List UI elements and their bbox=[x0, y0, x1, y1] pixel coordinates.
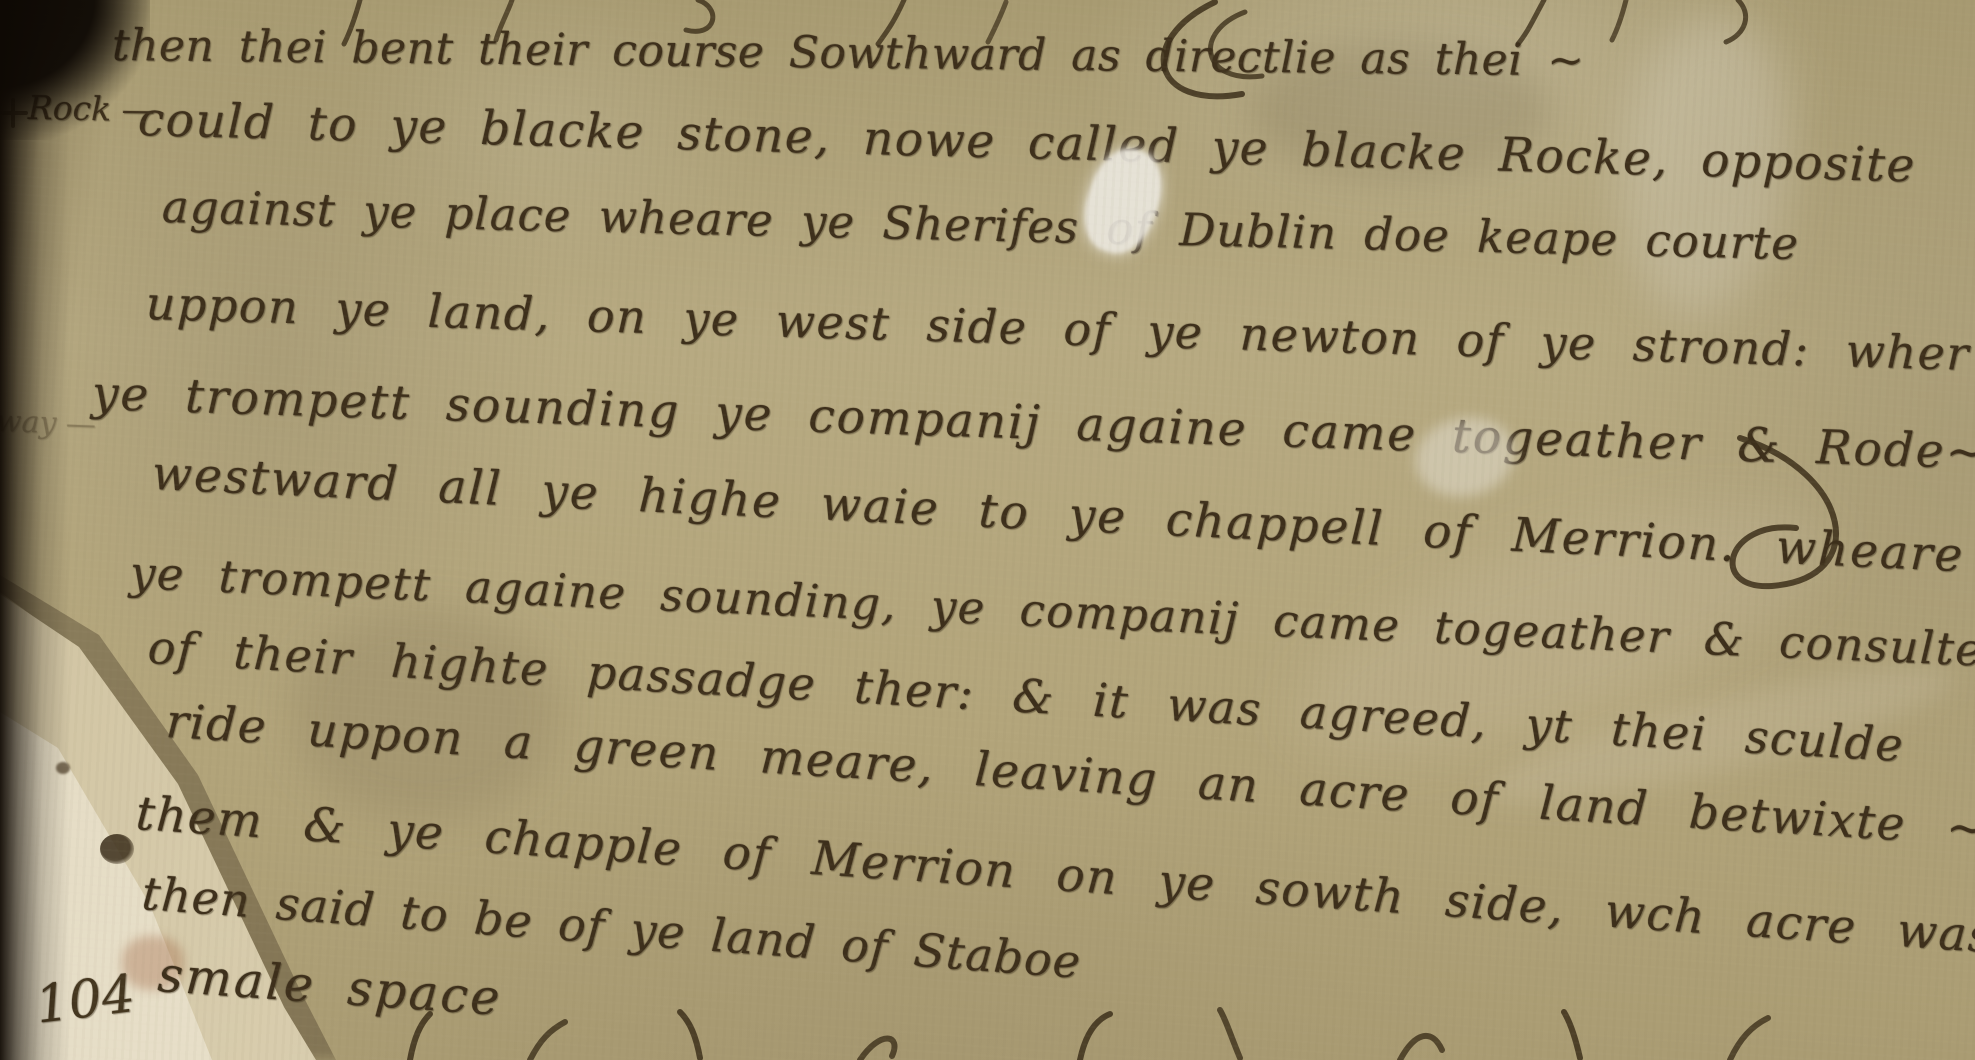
ink-dot bbox=[56, 762, 70, 774]
margin-note-rock: Rock — bbox=[28, 88, 155, 129]
manuscript-line-3: against ye place wheare ye Sherifes of D… bbox=[161, 180, 1799, 270]
ink-blot bbox=[100, 834, 134, 864]
margin-note-way: way — bbox=[0, 404, 97, 442]
folio-number: 104 bbox=[32, 964, 138, 1036]
manuscript-line-4: uppon ye land, on ye west side of ye new… bbox=[145, 276, 1970, 381]
binding-gutter-shadow bbox=[0, 0, 70, 1060]
manuscript-photo: Rock — way — then thei bent their course… bbox=[0, 0, 1975, 1060]
flourish-loop bbox=[1700, 420, 1940, 610]
cut-off-line-bottom-strokes bbox=[380, 1010, 1840, 1060]
manuscript-line-2: could to ye blacke stone, nowe called ye… bbox=[137, 92, 1916, 194]
margin-cross-mark bbox=[0, 96, 30, 130]
